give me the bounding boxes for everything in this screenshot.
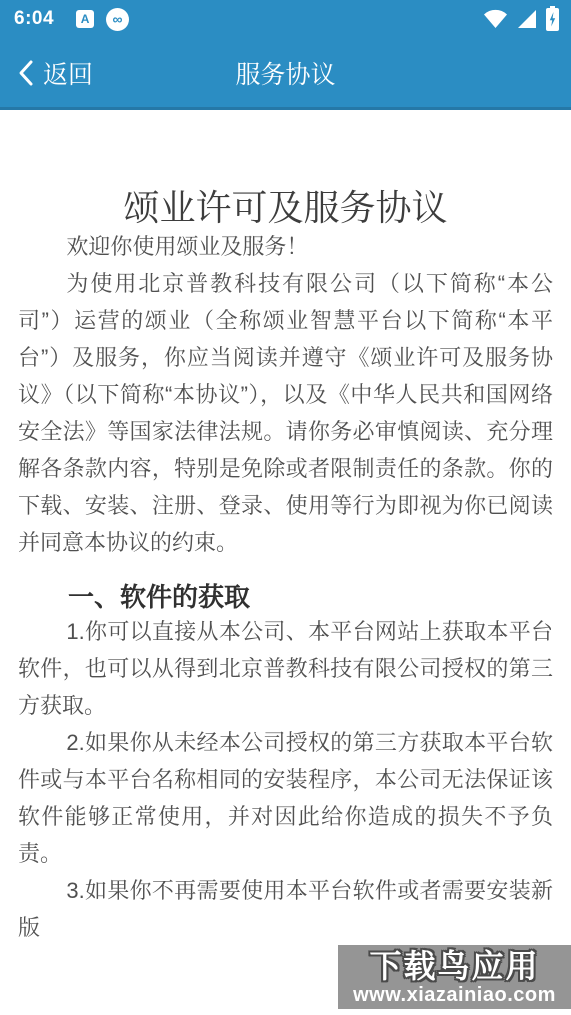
agreement-title: 颂业许可及服务协议 <box>18 188 553 228</box>
agreement-section1-item2: 2.如果你从未经本公司授权的第三方获取本平台软件或与本平台名称相同的安装程序，本… <box>18 724 553 872</box>
agreement-scroll-area[interactable]: 颂业许可及服务协议 欢迎你使用颂业及服务！ 为使用北京普教科技有限公司（以下简称… <box>0 188 571 946</box>
header: 6:04 A ∞ 返回 <box>0 0 571 110</box>
cellular-signal-icon <box>517 9 537 29</box>
back-button-label: 返回 <box>43 55 93 91</box>
status-time: 6:04 <box>14 8 54 30</box>
watermark-overlay: 下载鸟应用 www.xiazainiao.com <box>338 945 571 1009</box>
battery-charging-icon <box>546 6 559 32</box>
back-chevron-icon <box>18 59 34 87</box>
back-button[interactable]: 返回 <box>18 55 93 91</box>
watermark-url: www.xiazainiao.com <box>353 984 556 1007</box>
agreement-paragraph-welcome: 欢迎你使用颂业及服务！ <box>18 228 553 265</box>
status-bar: 6:04 A ∞ <box>0 0 571 38</box>
phone-screen: 6:04 A ∞ 返回 <box>0 0 571 1015</box>
input-method-notification-icon: A <box>76 10 94 28</box>
agreement-section1-item3-clipped: 3.如果你不再需要使用本平台软件或者需要安装新版 <box>18 872 553 946</box>
circle-app-notification-icon: ∞ <box>106 8 129 31</box>
nav-bar: 返回 服务协议 <box>0 38 571 107</box>
agreement-paragraph-intro: 为使用北京普教科技有限公司（以下简称“本公司”）运营的颂业（全称颂业智慧平台以下… <box>18 265 553 561</box>
agreement-section1-item1: 1.你可以直接从本公司、本平台网站上获取本平台软件，也可以从得到北京普教科技有限… <box>18 613 553 724</box>
agreement-section1-heading: 一、软件的获取 <box>68 581 553 613</box>
watermark-logo-text: 下载鸟应用 <box>369 948 539 984</box>
wifi-icon <box>483 9 508 29</box>
page-title: 服务协议 <box>235 55 335 91</box>
